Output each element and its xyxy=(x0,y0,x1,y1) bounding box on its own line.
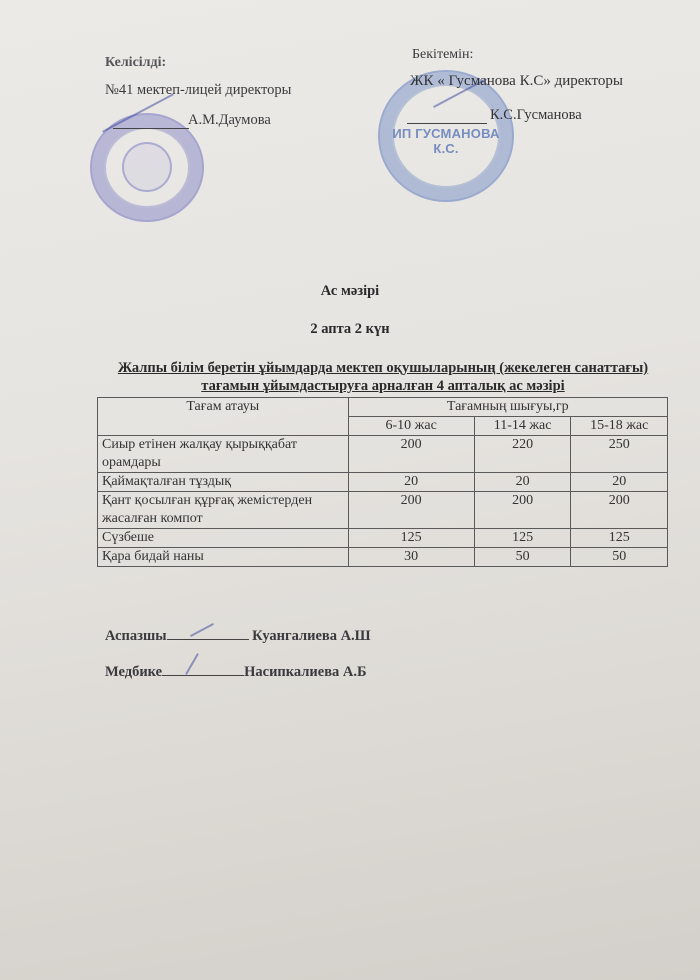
portion-value: 20 xyxy=(571,473,668,492)
cook-role: Аспазшы xyxy=(105,628,167,644)
portion-value: 125 xyxy=(348,529,474,548)
portion-value: 200 xyxy=(474,492,571,529)
portion-value: 30 xyxy=(348,548,474,567)
signature-line xyxy=(407,123,487,124)
emblem-icon xyxy=(122,142,172,192)
portion-value: 200 xyxy=(348,492,474,529)
portion-value: 200 xyxy=(348,436,474,473)
header-output: Тағамның шығуы,гр xyxy=(348,398,668,417)
table-row: Қант қосылған құрғақ жемістерден жасалға… xyxy=(98,492,668,529)
portion-value: 50 xyxy=(474,548,571,567)
dish-name: Қант қосылған құрғақ жемістерден жасалға… xyxy=(98,492,349,529)
portion-value: 200 xyxy=(571,492,668,529)
nurse-name: Насипкалиева А.Б xyxy=(244,664,367,680)
document-subtitle: Жалпы білім беретін ұйымдарда мектеп оқу… xyxy=(97,359,669,395)
dish-name: Сиыр етінен жалқау қырыққабат орамдары xyxy=(98,436,349,473)
dish-name: Қара бидай наны xyxy=(98,548,349,567)
signature-line xyxy=(167,627,249,640)
table-row: Қара бидай наны 30 50 50 xyxy=(98,548,668,567)
header-age-group: 11-14 жас xyxy=(474,417,571,436)
portion-value: 250 xyxy=(571,436,668,473)
header-age-group: 15-18 жас xyxy=(571,417,668,436)
menu-table: Тағам атауы Тағамның шығуы,гр 6-10 жас 1… xyxy=(97,397,668,567)
dish-name: Қаймақталған тұздық xyxy=(98,473,349,492)
portion-value: 125 xyxy=(474,529,571,548)
nurse-role: Медбике xyxy=(105,664,162,680)
document-page: Келісілді: №41 мектеп-лицей директоры А.… xyxy=(0,0,700,980)
document-title: Ас мәзірі xyxy=(0,283,700,300)
approval-left-label: Келісілді: xyxy=(105,55,166,71)
approval-left-role: №41 мектеп-лицей директоры xyxy=(105,82,291,99)
signature-icon xyxy=(190,623,214,637)
approval-right-name: К.С.Гусманова xyxy=(490,107,582,124)
cook-signature-row: Аспазшы Куангалиева А.Ш xyxy=(105,627,371,645)
cook-name: Куангалиева А.Ш xyxy=(252,628,370,644)
approval-left-name: А.М.Даумова xyxy=(188,112,271,129)
portion-value: 220 xyxy=(474,436,571,473)
portion-value: 125 xyxy=(571,529,668,548)
signature-line xyxy=(113,128,189,129)
portion-value: 20 xyxy=(474,473,571,492)
approval-right-role: ЖК « Гусманова К.С» директоры xyxy=(410,73,623,90)
portion-value: 20 xyxy=(348,473,474,492)
signature-icon xyxy=(185,653,199,675)
table-row: Сүзбеше 125 125 125 xyxy=(98,529,668,548)
approval-right-label: Бекітемін: xyxy=(412,47,473,63)
week-day-title: 2 апта 2 күн xyxy=(0,321,700,338)
stamp-text: ИП ГУСМАНОВА К.С. xyxy=(380,126,512,156)
dish-name: Сүзбеше xyxy=(98,529,349,548)
nurse-signature-row: МедбикеНасипкалиева А.Б xyxy=(105,663,367,681)
header-age-group: 6-10 жас xyxy=(348,417,474,436)
table-row: Қаймақталған тұздық 20 20 20 xyxy=(98,473,668,492)
header-dish-name: Тағам атауы xyxy=(98,398,349,436)
table-row: Сиыр етінен жалқау қырыққабат орамдары 2… xyxy=(98,436,668,473)
portion-value: 50 xyxy=(571,548,668,567)
signature-line xyxy=(162,663,244,676)
